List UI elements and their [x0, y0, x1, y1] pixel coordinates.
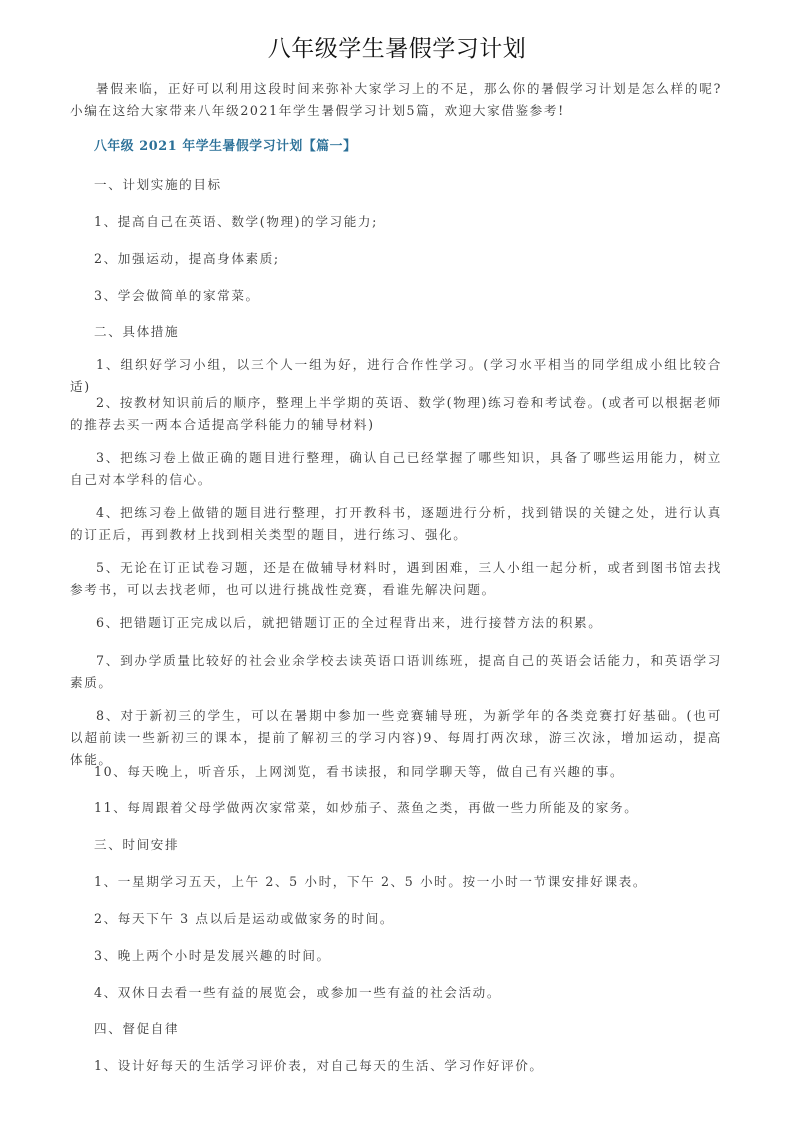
- list-item: 10、每天晚上，听音乐，上网浏览，看书读报，和同学聊天等，做自己有兴趣的事。: [94, 761, 624, 780]
- list-item: 2、每天下午 3 点以后是运动或做家务的时间。: [94, 908, 394, 927]
- section-heading-self-discipline: 四、督促自律: [94, 1018, 179, 1037]
- list-item: 1、提高自己在英语、数学(物理)的学习能力;: [94, 211, 378, 230]
- section-heading-measures: 二、具体措施: [94, 321, 179, 340]
- list-item: 6、把错题订正完成以后，就把错题订正的全过程背出来，进行接替方法的积累。: [70, 612, 722, 634]
- list-item: 1、设计好每天的生活学习评价表，对自己每天的生活、学习作好评价。: [94, 1055, 544, 1074]
- document-title: 八年级学生暑假学习计划: [0, 30, 794, 63]
- document-page: 八年级学生暑假学习计划 暑假来临，正好可以利用这段时间来弥补大家学习上的不足，那…: [0, 0, 794, 1123]
- article-subtitle: 八年级 2021 年学生暑假学习计划【篇一】: [94, 135, 356, 154]
- list-item: 1、一星期学习五天，上午 2、5 小时，下午 2、5 小时。按一小时一节课安排好…: [94, 871, 647, 890]
- intro-paragraph: 暑假来临，正好可以利用这段时间来弥补大家学习上的不足，那么你的暑假学习计划是怎么…: [70, 78, 722, 122]
- list-item: 11、每周跟着父母学做两次家常菜，如炒茄子、蒸鱼之类，再做一些力所能及的家务。: [94, 797, 638, 816]
- list-item: 3、学会做简单的家常菜。: [94, 285, 260, 304]
- list-item: 2、按教材知识前后的顺序，整理上半学期的英语、数学(物理)练习卷和考试卷。(或者…: [70, 392, 722, 436]
- list-item: 4、双休日去看一些有益的展览会，或参加一些有益的社会活动。: [94, 982, 501, 1001]
- section-heading-schedule: 三、时间安排: [94, 834, 179, 853]
- section-heading-goals: 一、计划实施的目标: [94, 174, 222, 193]
- list-item: 5、无论在订正试卷习题，还是在做辅导材料时，遇到困难，三人小组一起分析，或者到图…: [70, 557, 722, 601]
- list-item: 3、把练习卷上做正确的题目进行整理，确认自己已经掌握了哪些知识，具备了哪些运用能…: [70, 447, 722, 491]
- list-item: 2、加强运动，提高身体素质;: [94, 248, 280, 267]
- list-item: 4、把练习卷上做错的题目进行整理，打开教科书，逐题进行分析，找到错误的关键之处，…: [70, 502, 722, 546]
- list-item: 7、到办学质量比较好的社会业余学校去读英语口语训练班，提高自己的英语会话能力，和…: [70, 650, 722, 694]
- list-item: 3、晚上两个小时是发展兴趣的时间。: [94, 945, 331, 964]
